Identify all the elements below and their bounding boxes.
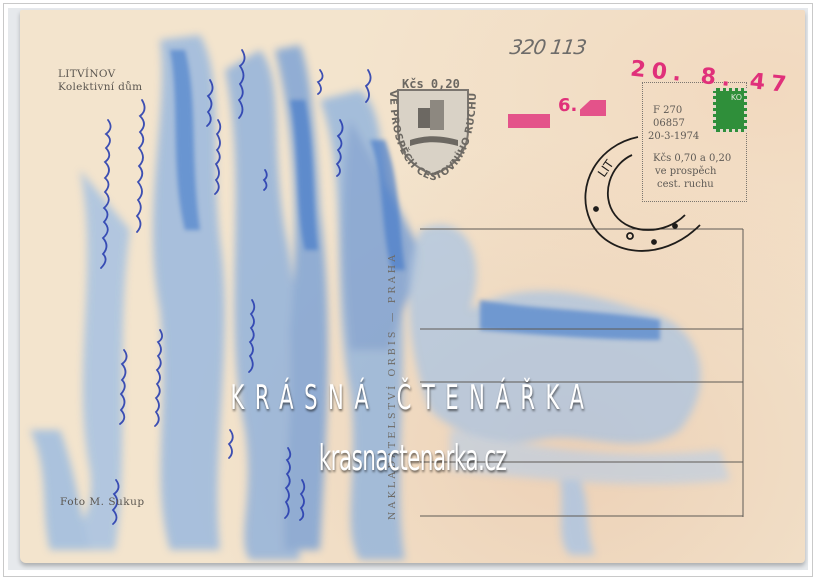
pink-bar-mark (508, 114, 550, 128)
svg-text:Kčs 0,20: Kčs 0,20 (402, 77, 460, 91)
pink-number-mark: 6. (558, 95, 577, 116)
watermark-title: KRÁSNÁ ČTENÁŘKA (169, 378, 656, 418)
caption-subject: Kolektivní dům (58, 81, 142, 94)
postcard-back: LIT Kčs 0,20 VE PROSPĚCH CESTOVNÍHO RUCH… (20, 10, 805, 563)
photo-credit: Foto M. Sukup (60, 496, 145, 508)
price-line-2: ve prospěch (655, 166, 758, 177)
postage-stamp-text: KO (731, 93, 742, 102)
caption: LITVÍNOV Kolektivní dům (58, 68, 142, 94)
price-line-3: cest. ruchu (657, 179, 760, 190)
caption-place: LITVÍNOV (58, 68, 142, 81)
postage-stamp: KO (713, 88, 747, 132)
catalog-number: 320 113 (508, 35, 587, 59)
price-date: 20-3-1974 (648, 131, 751, 142)
price-line-1: Kčs 0,70 a 0,20 (653, 153, 756, 164)
watermark-url: krasnactenarka.cz (177, 438, 648, 479)
